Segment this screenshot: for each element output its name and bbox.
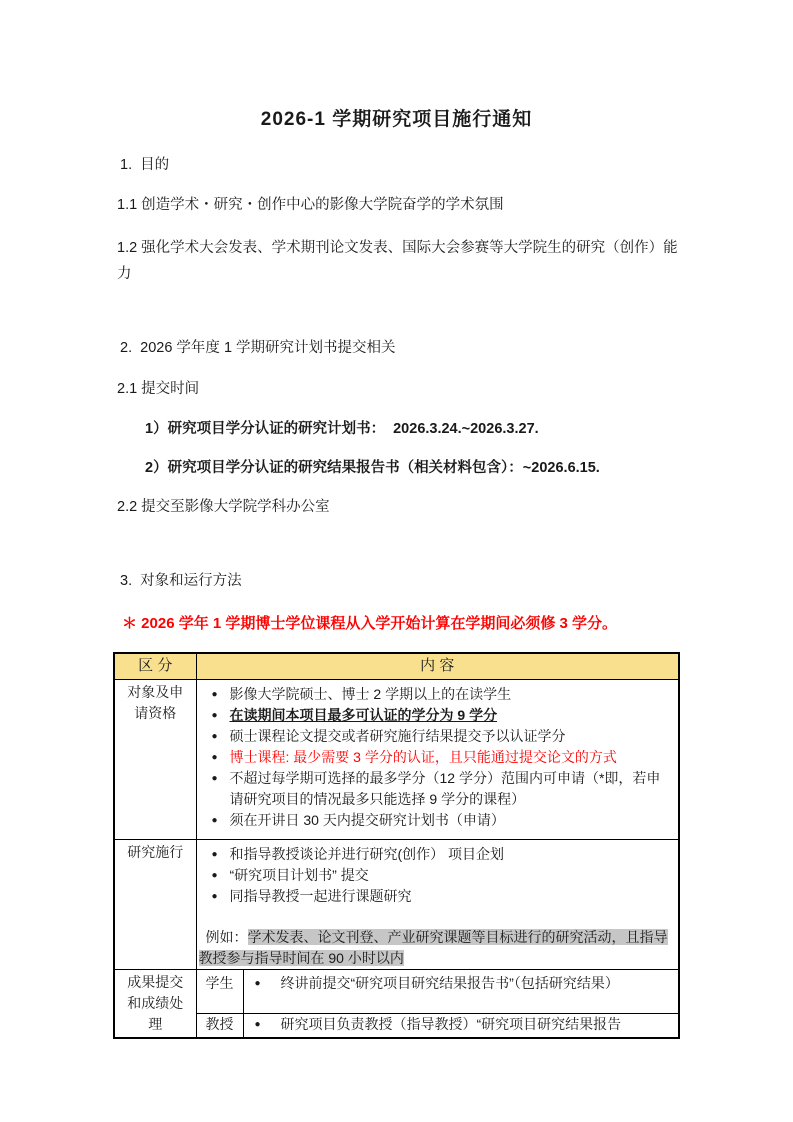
role-student: 学生 (196, 969, 243, 1014)
section-2-item-1: 1）研究项目学分认证的研究计划书： 2026.3.24.~2026.3.27. (145, 416, 539, 442)
row-content-research-execution: ● 和指导教授谈论并进行研究(创作） 项目企划 ● “研究项目计划书” 提交 ●… (196, 839, 679, 969)
section-1-para-1: 1.1 创造学术・研究・创作中心的影像大学院奋学的学术氛围 (117, 192, 504, 218)
bullet-text-bold-underline: 在读期间本项目最多可认证的学分为 9 学分 (230, 705, 675, 726)
bullet-icon: ● (197, 726, 230, 747)
bullet-icon: ● (197, 865, 230, 886)
eligibility-bullet-5: ● 不超过每学期可选择的最多学分（12 学分）范围内可申请（*即，若申请研究项目… (197, 768, 675, 810)
bullet-text: 须在开讲日 30 天内提交研究计划书（申请） (230, 810, 675, 831)
example-prefix: 例如： (206, 929, 248, 945)
bullet-text-red: 博士课程: 最少需要 3 学分的认证，且只能通过提交论文的方式 (230, 747, 675, 768)
table-row-results-professor: 教授 ● 研究项目负责教授（指导教授）“研究项目研究结果报告 (114, 1014, 679, 1038)
table-header-content: 内 容 (196, 653, 679, 679)
bullet-text: 同指导教授一起进行课题研究 (230, 886, 675, 907)
section-1-heading: 1. 目的 (120, 152, 169, 178)
bullet-text: 硕士课程论文提交或者研究施行结果提交予以认证学分 (230, 726, 675, 747)
role-professor: 教授 (196, 1014, 243, 1038)
execution-bullet-3: ● 同指导教授一起进行课题研究 (197, 886, 675, 907)
bullet-icon: ● (197, 747, 230, 768)
execution-bullet-1: ● 和指导教授谈论并进行研究(创作） 项目企划 (197, 844, 675, 865)
bullet-text: 和指导教授谈论并进行研究(创作） 项目企划 (230, 844, 675, 865)
student-bullet-1: ● 终讲前提交“研究项目研究结果报告书”（包括研究结果） (244, 973, 677, 994)
section-3-heading: 3. 对象和运行方法 (120, 568, 242, 594)
table-header-row: 区 分 内 容 (114, 653, 679, 679)
section-3-red-note: ＊ 2026 学年 1 学期博士学位课程从入学开始计算在学期间必须修 3 学分。 (122, 611, 617, 637)
bullet-icon: ● (244, 1014, 281, 1035)
bullet-icon: ● (197, 886, 230, 907)
table-row-eligibility: 对象及申请资格 ● 影像大学院硕士、博士 2 学期以上的在读学生 ● 在读期间本… (114, 679, 679, 839)
bullet-text: 终讲前提交“研究项目研究结果报告书”（包括研究结果） (281, 973, 677, 994)
section-2-sub-2: 2.2 提交至影像大学院学科办公室 (117, 494, 330, 520)
bullet-text-clipped: 研究项目负责教授（指导教授）“研究项目研究结果报告 (281, 1014, 677, 1035)
row-content-eligibility: ● 影像大学院硕士、博士 2 学期以上的在读学生 ● 在读期间本项目最多可认证的… (196, 679, 679, 839)
bullet-icon: ● (197, 810, 230, 831)
example-highlighted-text: 学术发表、论文刊登、产业研究课题等目标进行的研究活动，且指导教授参与指导时间在 … (199, 929, 668, 966)
bullet-icon: ● (197, 844, 230, 865)
page-title: 2026-1 学期研究项目施行通知 (0, 104, 793, 131)
eligibility-bullet-3: ● 硕士课程论文提交或者研究施行结果提交予以认证学分 (197, 726, 675, 747)
notice-table: 区 分 内 容 对象及申请资格 ● 影像大学院硕士、博士 2 学期以上的在读学生… (113, 652, 680, 1039)
row-label-eligibility: 对象及申请资格 (114, 679, 196, 839)
bullet-icon: ● (197, 705, 230, 726)
table-row-results-student: 成果提交和成绩处理 学生 ● 终讲前提交“研究项目研究结果报告书”（包括研究结果… (114, 969, 679, 1014)
table-row-research-execution: 研究施行 ● 和指导教授谈论并进行研究(创作） 项目企划 ● “研究项目计划书”… (114, 839, 679, 969)
section-2-heading: 2. 2026 学年度 1 学期研究计划书提交相关 (120, 335, 396, 361)
section-1-para-2: 1.2 强化学术大会发表、学术期刊论文发表、国际大会参赛等大学院生的研究（创作）… (117, 235, 683, 287)
bullet-text: 影像大学院硕士、博士 2 学期以上的在读学生 (230, 684, 675, 705)
eligibility-bullet-4: ● 博士课程: 最少需要 3 学分的认证，且只能通过提交论文的方式 (197, 747, 675, 768)
execution-example: 例如：学术发表、论文刊登、产业研究课题等目标进行的研究活动，且指导教授参与指导时… (197, 927, 675, 969)
row-content-professor: ● 研究项目负责教授（指导教授）“研究项目研究结果报告 (243, 1014, 679, 1038)
bullet-icon: ● (244, 973, 281, 994)
professor-bullet-1: ● 研究项目负责教授（指导教授）“研究项目研究结果报告 (244, 1014, 677, 1035)
bullet-text: “研究项目计划书” 提交 (230, 865, 675, 886)
row-label-results: 成果提交和成绩处理 (114, 969, 196, 1038)
execution-bullet-2: ● “研究项目计划书” 提交 (197, 865, 675, 886)
row-content-student: ● 终讲前提交“研究项目研究结果报告书”（包括研究结果） (243, 969, 679, 1014)
bullet-icon: ● (197, 768, 230, 810)
bullet-icon: ● (197, 684, 230, 705)
section-2-sub-1: 2.1 提交时间 (117, 376, 199, 402)
eligibility-bullet-6: ● 须在开讲日 30 天内提交研究计划书（申请） (197, 810, 675, 831)
table-header-category: 区 分 (114, 653, 196, 679)
eligibility-bullet-1: ● 影像大学院硕士、博士 2 学期以上的在读学生 (197, 684, 675, 705)
section-2-item-2: 2）研究项目学分认证的研究结果报告书（相关材料包含）：~2026.6.15. (145, 455, 600, 481)
document-page: 2026-1 学期研究项目施行通知 1. 目的 1.1 创造学术・研究・创作中心… (0, 0, 793, 1122)
eligibility-bullet-2: ● 在读期间本项目最多可认证的学分为 9 学分 (197, 705, 675, 726)
row-label-research-execution: 研究施行 (114, 839, 196, 969)
bullet-text: 不超过每学期可选择的最多学分（12 学分）范围内可申请（*即，若申请研究项目的情… (230, 768, 675, 810)
